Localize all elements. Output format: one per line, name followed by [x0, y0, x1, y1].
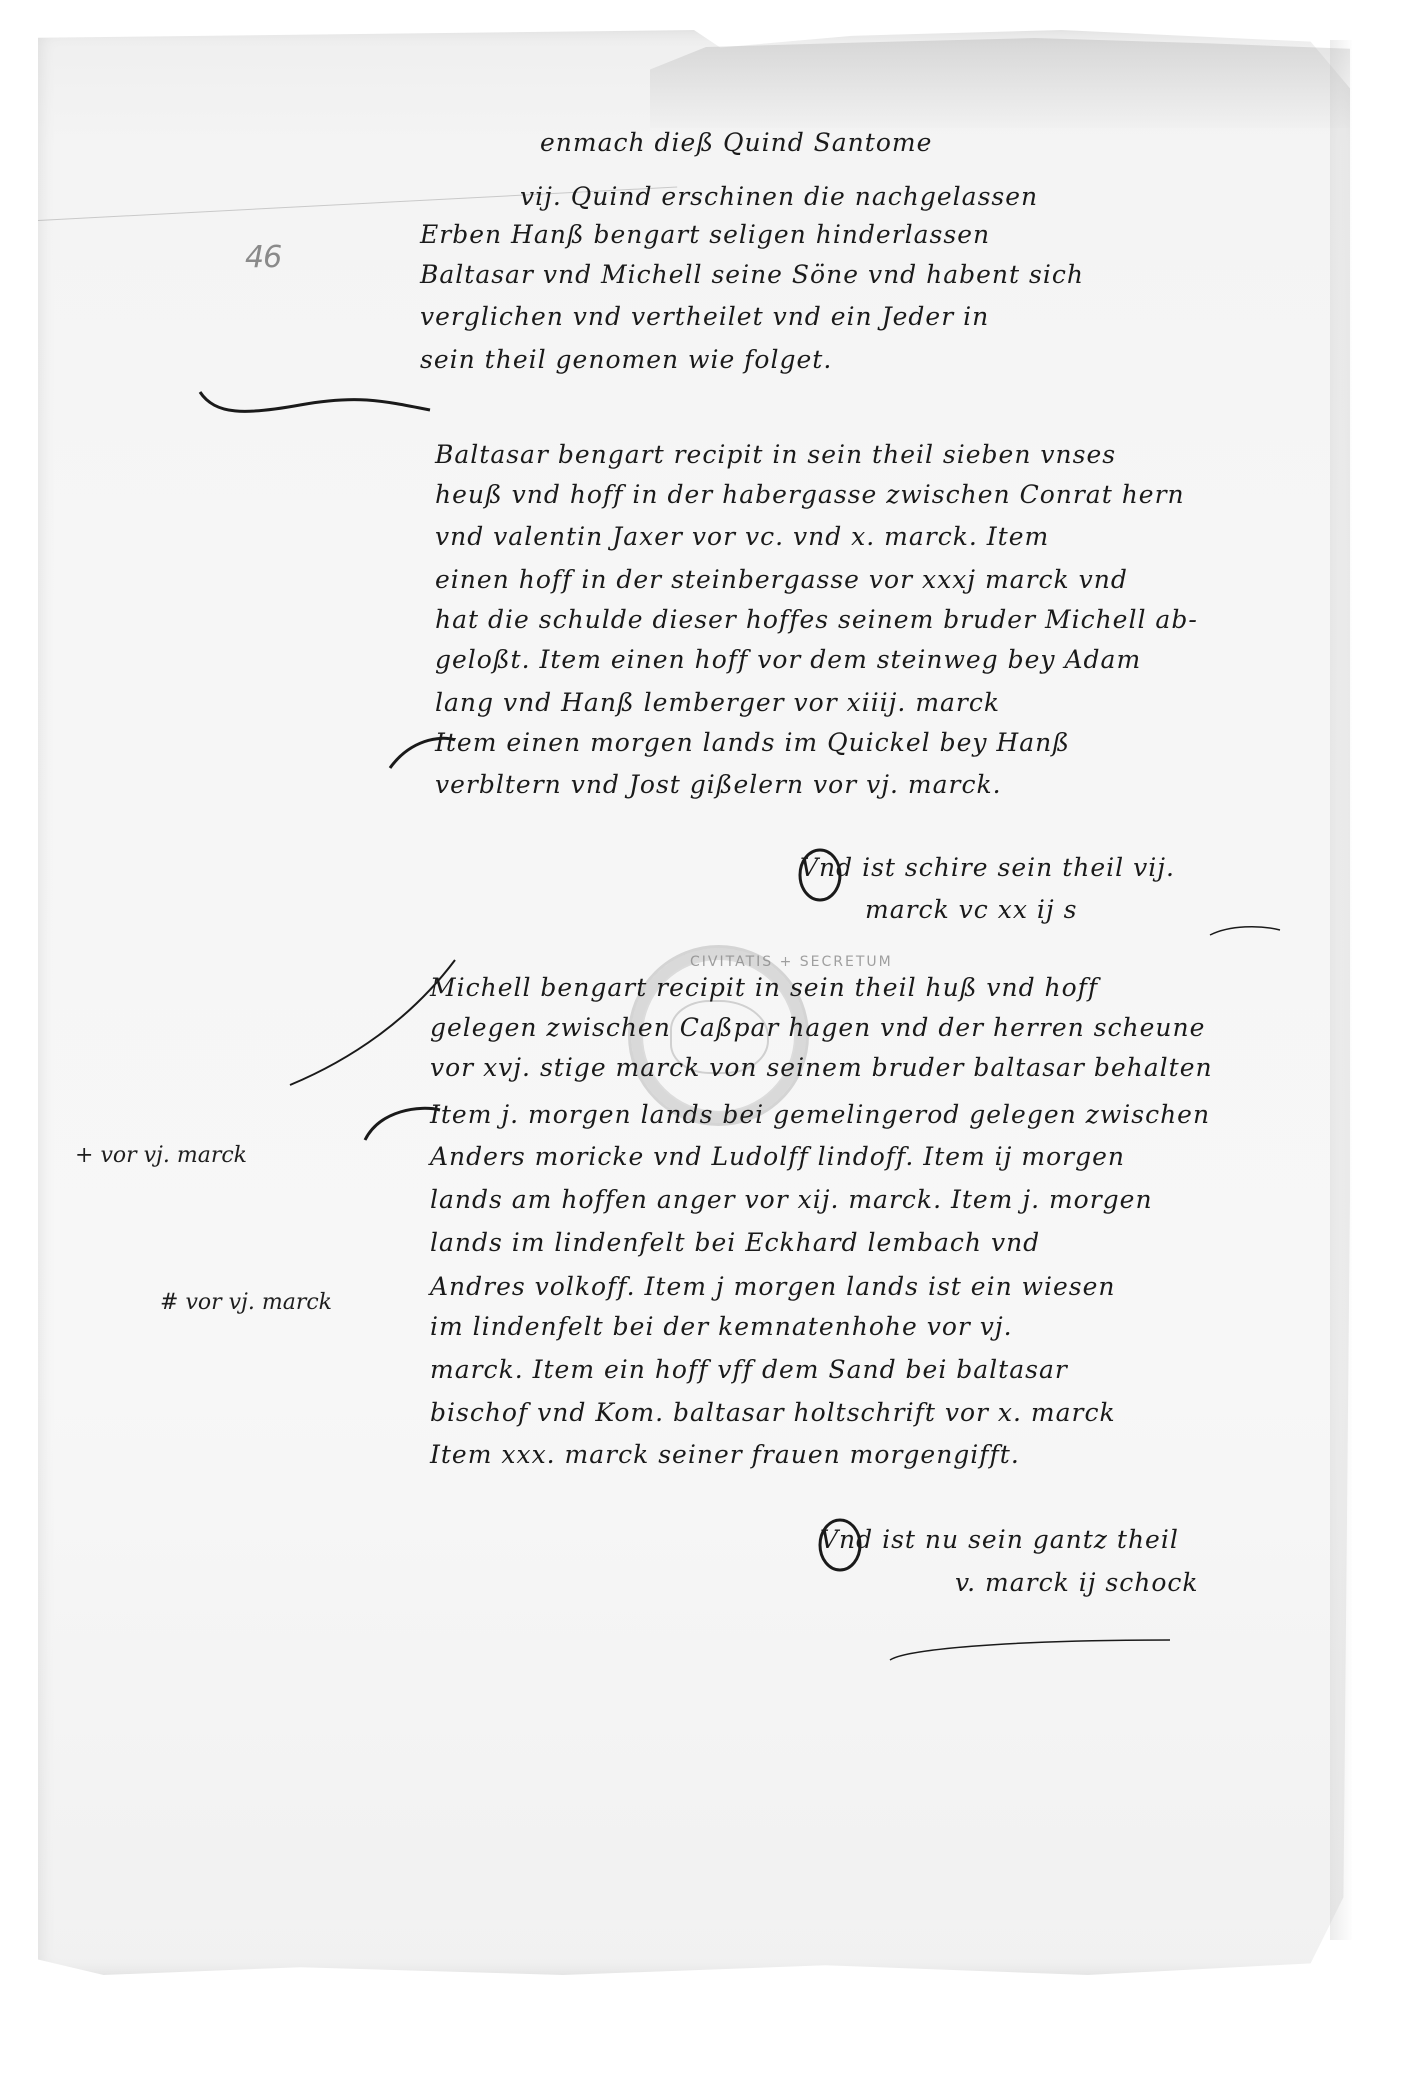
- flourish-stroke-icon: [365, 1108, 440, 1140]
- initial-loop-icon: [820, 1520, 860, 1570]
- flourish-stroke-icon: [390, 738, 455, 768]
- end-stroke-icon: [1210, 927, 1280, 935]
- end-stroke-icon: [890, 1640, 1170, 1660]
- initial-loop-icon: [800, 850, 840, 900]
- bracket-stroke-icon: [290, 960, 455, 1085]
- bracket-stroke-icon: [200, 392, 430, 411]
- pen-strokes: [0, 0, 1406, 2086]
